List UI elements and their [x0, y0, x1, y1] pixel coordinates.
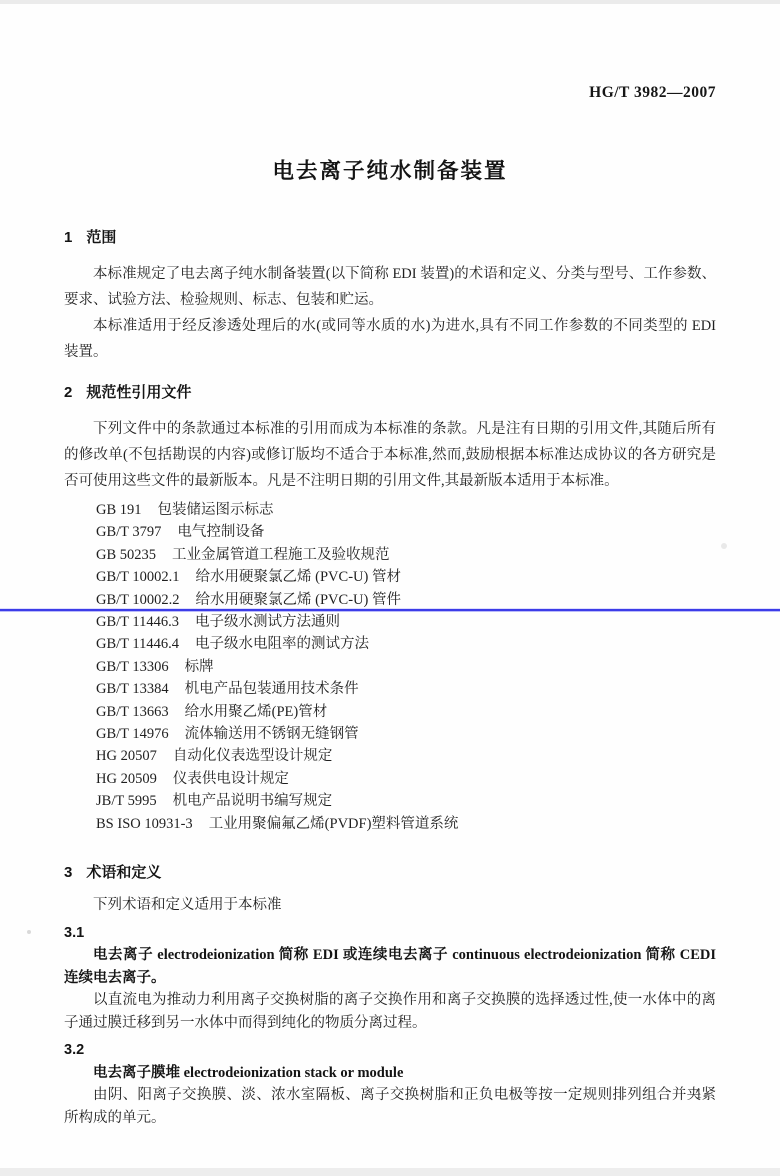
- reference-code: BS ISO 10931-3: [96, 813, 193, 835]
- reference-title: 包装储运图示标志: [158, 502, 274, 518]
- document-page: HG/T 3982—2007 电去离子纯水制备装置 1范围 本标准规定了电去离子…: [0, 0, 780, 1176]
- reference-code: HG 20507: [96, 745, 157, 767]
- reference-title: 给水用硬聚氯乙烯 (PVC-U) 管件: [196, 592, 401, 608]
- reference-title: 工业金属管道工程施工及验收规范: [172, 547, 390, 563]
- scan-artifact-blue-line: [0, 609, 780, 611]
- reference-code: GB/T 13384: [96, 678, 169, 700]
- clause-3-1-term: 电去离子 electrodeionization 简称 EDI 或连续电去离子 …: [64, 944, 716, 989]
- reference-code: GB 191: [96, 499, 142, 521]
- reference-item: GB/T 10002.1给水用硬聚氯乙烯 (PVC-U) 管材: [96, 566, 716, 588]
- reference-title: 机电产品包装通用技术条件: [185, 681, 359, 697]
- reference-code: GB 50235: [96, 544, 156, 566]
- section-3-heading: 3术语和定义: [64, 865, 716, 881]
- section-1-number: 1: [64, 230, 72, 246]
- reference-item: GB/T 13663给水用聚乙烯(PE)管材: [96, 701, 716, 723]
- reference-code: GB/T 11446.4: [96, 633, 179, 655]
- section-1-paragraph-2: 本标准适用于经反渗透处理后的水(或同等水质的水)为进水,具有不同工作参数的不同类…: [64, 313, 716, 365]
- reference-title: 工业用聚偏氟乙烯(PVDF)塑料管道系统: [209, 816, 459, 832]
- reference-item: GB/T 14976流体输送用不锈钢无缝钢管: [96, 723, 716, 745]
- reference-code: HG 20509: [96, 768, 157, 790]
- standard-code-header: HG/T 3982—2007: [64, 84, 716, 102]
- reference-code: GB/T 13306: [96, 656, 169, 678]
- section-3-number: 3: [64, 865, 72, 881]
- reference-title: 标牌: [185, 659, 214, 675]
- reference-title: 仪表供电设计规定: [173, 771, 289, 787]
- reference-title: 电子级水电阻率的测试方法: [195, 636, 369, 652]
- reference-item: GB/T 10002.2给水用硬聚氯乙烯 (PVC-U) 管件: [96, 589, 716, 611]
- section-1-paragraph-1: 本标准规定了电去离子纯水制备装置(以下简称 EDI 装置)的术语和定义、分类与型…: [64, 261, 716, 313]
- section-3-title: 术语和定义: [86, 864, 161, 881]
- document-title: 电去离子纯水制备装置: [64, 158, 716, 184]
- normative-references-list: GB 191包装储运图示标志 GB/T 3797电气控制设备 GB 50235工…: [64, 499, 716, 835]
- section-1-title: 范围: [86, 229, 116, 246]
- reference-item: HG 20509仪表供电设计规定: [96, 768, 716, 790]
- reference-code: GB/T 14976: [96, 723, 169, 745]
- clause-3-1-definition: 以直流电为推动力利用离子交换树脂的离子交换作用和离子交换膜的选择透过性,使一水体…: [64, 989, 716, 1034]
- section-1-heading: 1范围: [64, 230, 716, 246]
- clause-3-2-term: 电去离子膜堆 electrodeionization stack or modu…: [64, 1062, 716, 1085]
- clause-3-1-number: 3.1: [64, 922, 716, 945]
- page-content: HG/T 3982—2007 电去离子纯水制备装置 1范围 本标准规定了电去离子…: [64, 0, 716, 1129]
- reference-item: JB/T 5995机电产品说明书编写规定: [96, 790, 716, 812]
- reference-item: GB/T 11446.3电子级水测试方法通则: [96, 611, 716, 633]
- reference-title: 给水用硬聚氯乙烯 (PVC-U) 管材: [196, 569, 401, 585]
- reference-item: BS ISO 10931-3工业用聚偏氟乙烯(PVDF)塑料管道系统: [96, 813, 716, 835]
- page-number: 1: [695, 1086, 702, 1102]
- reference-title: 流体输送用不锈钢无缝钢管: [185, 726, 359, 742]
- reference-code: GB/T 10002.2: [96, 589, 180, 611]
- scan-edge-bottom: [0, 1168, 780, 1176]
- reference-code: JB/T 5995: [96, 790, 157, 812]
- reference-title: 自动化仪表选型设计规定: [173, 748, 333, 764]
- clause-3-2-number: 3.2: [64, 1039, 716, 1062]
- reference-item: HG 20507自动化仪表选型设计规定: [96, 745, 716, 767]
- reference-code: GB/T 11446.3: [96, 611, 179, 633]
- section-2-heading: 2规范性引用文件: [64, 385, 716, 401]
- reference-item: GB/T 11446.4电子级水电阻率的测试方法: [96, 633, 716, 655]
- reference-code: GB/T 3797: [96, 521, 161, 543]
- reference-item: GB/T 3797电气控制设备: [96, 521, 716, 543]
- reference-code: GB/T 13663: [96, 701, 169, 723]
- scan-artifact-dot: [721, 543, 727, 549]
- reference-title: 电气控制设备: [177, 524, 264, 540]
- reference-title: 给水用聚乙烯(PE)管材: [185, 704, 328, 720]
- reference-item: GB 191包装储运图示标志: [96, 499, 716, 521]
- scan-artifact-dot: [27, 930, 31, 934]
- reference-item: GB/T 13306标牌: [96, 656, 716, 678]
- clause-3-2-definition: 由阴、阳离子交换膜、淡、浓水室隔板、离子交换树脂和正负电极等按一定规则排列组合并…: [64, 1084, 716, 1129]
- reference-item: GB 50235工业金属管道工程施工及验收规范: [96, 544, 716, 566]
- reference-title: 机电产品说明书编写规定: [173, 793, 333, 809]
- reference-title: 电子级水测试方法通则: [195, 614, 340, 630]
- reference-code: GB/T 10002.1: [96, 566, 180, 588]
- section-2-title: 规范性引用文件: [86, 384, 191, 401]
- reference-item: GB/T 13384机电产品包装通用技术条件: [96, 678, 716, 700]
- section-3-intro: 下列术语和定义适用于本标准: [64, 894, 716, 917]
- section-2-paragraph-1: 下列文件中的条款通过本标准的引用而成为本标准的条款。凡是注有日期的引用文件,其随…: [64, 416, 716, 494]
- section-2-number: 2: [64, 385, 72, 401]
